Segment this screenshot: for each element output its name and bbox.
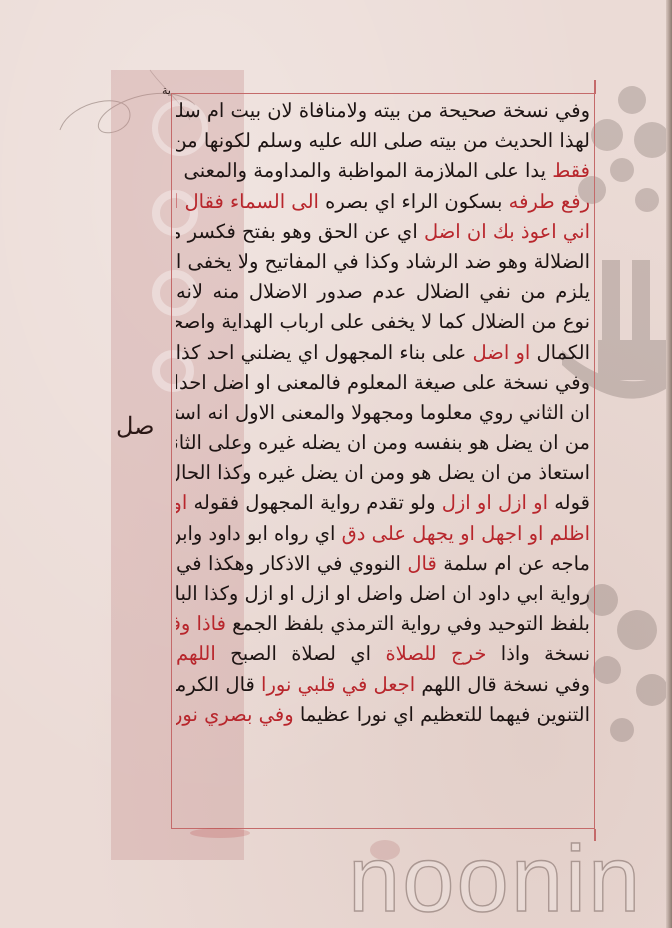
body-text: الضلالة وهو ضد الرشاد وكذا في المفاتيح و… [176, 250, 590, 273]
rubric-text: او ازل او ازل [442, 491, 548, 514]
page-edge [666, 0, 672, 928]
manuscript-line: استعاذ من ان يضل هو ومن ان يضل غيره وكذا… [176, 458, 590, 488]
manuscript-line: ماجه عن ام سلمة قال النووي في الاذكار وه… [176, 549, 590, 579]
ink-stain [190, 828, 250, 838]
manuscript-line: التنوين فيهما للتعظيم اي نورا عظيما وفي … [176, 700, 590, 730]
body-text: وفي نسخة صحيحة من بيته ولامنافاة لان بيت… [176, 99, 590, 122]
manuscript-line: نوع من الضلال كما لا يخفى على ارباب الهد… [176, 307, 590, 337]
manuscript-line: يلزم من نفي الضلال عدم صدور الاضلال منه … [176, 277, 590, 307]
manuscript-line: الكمال او اضل على بناء المجهول اي يضلني … [176, 338, 590, 368]
body-text: ان الثاني روي معلوما ومجهولا والمعنى الا… [176, 401, 590, 424]
rubric-text: خرج للصلاة [385, 642, 486, 665]
body-text: اي لصلاة الصبح [216, 642, 386, 665]
body-text: ماجه عن ام سلمة [437, 552, 590, 575]
rubric-text: الى السماء فقال اللهم [176, 190, 319, 213]
manuscript-line: من ان يضل هو بنفسه ومن ان يضله غيره وعلى… [176, 428, 590, 458]
rubric-text: رفع طرفه [509, 190, 590, 213]
body-text: نوع من الضلال كما لا يخفى على ارباب الهد… [176, 310, 590, 333]
frame-rule-extension [594, 80, 596, 94]
body-text: الكمال [530, 341, 590, 364]
rubric-text: اجعل في قلبي نورا [261, 673, 415, 696]
rubric-text: فاذا وفي [176, 612, 226, 635]
rubric-text: اني اعوذ بك ان اضل [424, 220, 590, 243]
rubric-text: او اضل [473, 341, 531, 364]
manuscript-line: وفي نسخة صحيحة من بيته ولامنافاة لان بيت… [176, 96, 590, 126]
body-text: على بناء المجهول اي يضلني احد كذا في الم… [176, 341, 473, 364]
manuscript-line: رفع طرفه بسكون الراء اي بصره الى السماء … [176, 187, 590, 217]
manuscript-line: وفي نسخة قال اللهم اجعل في قلبي نورا قال… [176, 670, 590, 700]
manuscript-line: اني اعوذ بك ان اضل اي عن الحق وهو بفتح ف… [176, 217, 590, 247]
manuscript-line: اظلم او اجهل او يجهل على دق اي رواه ابو … [176, 519, 590, 549]
body-text: بسكون الراء اي بصره [319, 190, 509, 213]
body-text: وفي نسخة على صيغة المعلوم فالمعنى او اضل… [176, 371, 590, 394]
brand-watermark: noonin [348, 832, 642, 926]
rubric-text: وفي بصري نورا [176, 703, 294, 726]
rubric-text: او اظلم او [176, 491, 187, 514]
manuscript-line: فقط يدا على الملازمة المواظبة والمداومة … [176, 156, 590, 186]
manuscript-line: لهذا الحديث من بيته صلى الله عليه وسلم ل… [176, 126, 590, 156]
body-text: نسخة واذا [486, 642, 590, 665]
manuscript-line: وفي نسخة على صيغة المعلوم فالمعنى او اضل… [176, 368, 590, 398]
margin-note: صل [116, 412, 155, 440]
body-text: ولو تقدم رواية المجهول فقوله [187, 491, 441, 514]
manuscript-line: قوله او ازل او ازل ولو تقدم رواية المجهو… [176, 488, 590, 518]
body-text: لهذا الحديث من بيته صلى الله عليه وسلم ل… [176, 129, 590, 152]
body-text: قال الكرماني [176, 673, 261, 696]
body-text: رواية ابي داود ان اضل واضل او ازل او ازل… [176, 582, 590, 605]
body-text: يدا على الملازمة المواظبة والمداومة والم… [176, 159, 552, 182]
rubric-text: قال [407, 552, 436, 575]
manuscript-line: الضلالة وهو ضد الرشاد وكذا في المفاتيح و… [176, 247, 590, 277]
manuscript-line: ان الثاني روي معلوما ومجهولا والمعنى الا… [176, 398, 590, 428]
body-text: استعاذ من ان يضل هو ومن ان يضل غيره وكذا… [176, 461, 590, 484]
body-text: من ان يضل هو بنفسه ومن ان يضله غيره وعلى… [176, 431, 590, 454]
manuscript-text-block: وفي نسخة صحيحة من بيته ولامنافاة لان بيت… [176, 96, 590, 730]
rubric-text: اظلم او اجهل او يجهل على دق [342, 522, 590, 545]
catchword: ية [162, 84, 171, 97]
body-text: قوله [548, 491, 590, 514]
body-text: التنوين فيهما للتعظيم اي نورا عظيما [294, 703, 590, 726]
body-text: اي رواه ابو داود وابن [176, 522, 342, 545]
rubric-text: فقط [552, 159, 590, 182]
body-text: النووي في الاذكار وهكذا في [176, 552, 407, 575]
rubric-text: اللهم [176, 642, 216, 665]
manuscript-line: نسخة واذا خرج للصلاة اي لصلاة الصبح الله… [176, 639, 590, 669]
body-text: اي عن الحق وهو بفتح فكسر من [176, 220, 424, 243]
manuscript-page: ية وفي نسخة صحيحة من بيته ولامنافاة لان … [0, 0, 672, 928]
body-text: يلزم من نفي الضلال عدم صدور الاضلال منه … [176, 280, 590, 303]
manuscript-line: رواية ابي داود ان اضل واضل او ازل او ازل… [176, 579, 590, 609]
body-text: وفي نسخة قال اللهم [415, 673, 590, 696]
manuscript-line: بلفظ التوحيد وفي رواية الترمذي بلفظ الجم… [176, 609, 590, 639]
body-text: بلفظ التوحيد وفي رواية الترمذي بلفظ الجم… [226, 612, 590, 635]
